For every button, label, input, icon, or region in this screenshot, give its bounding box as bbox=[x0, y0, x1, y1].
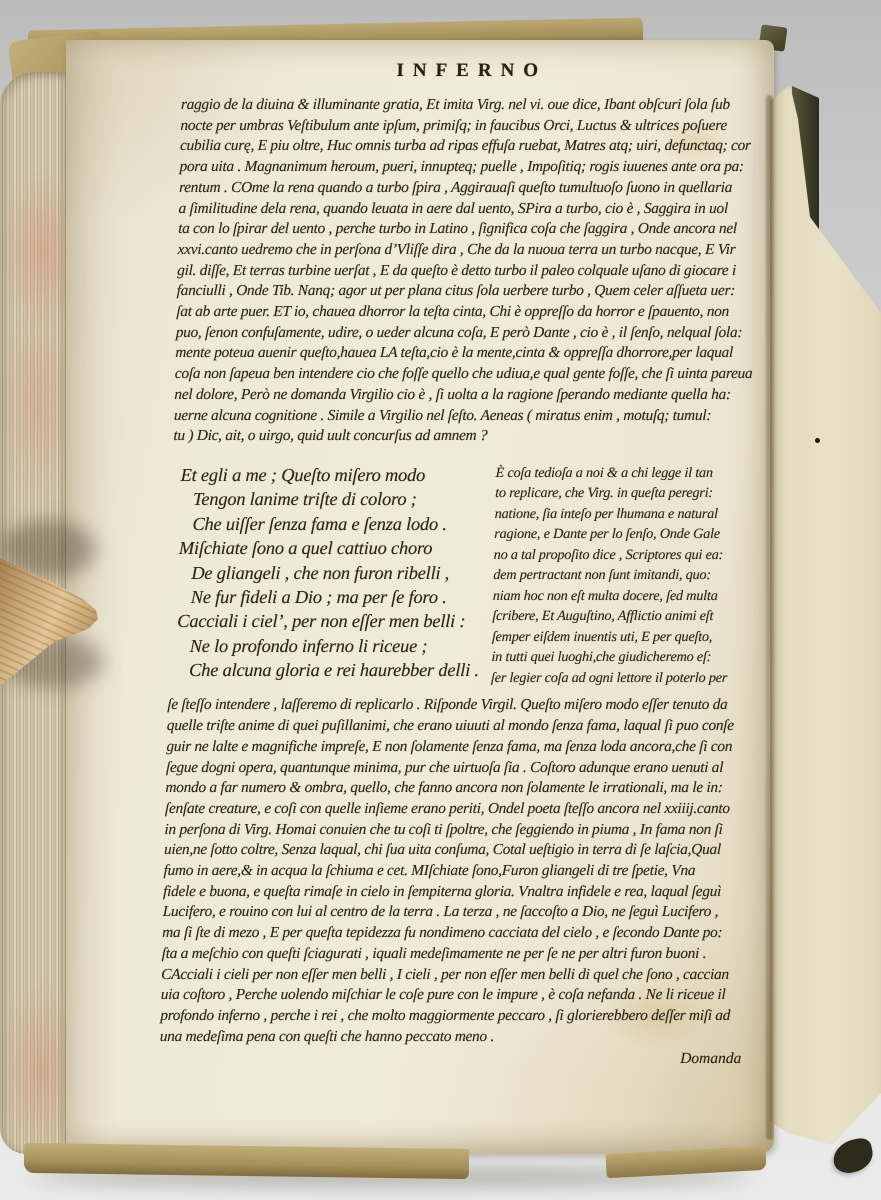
gloss-line: no a tal propoſito dice , Scriptores qui… bbox=[494, 545, 799, 566]
text-line: gil. diſſe, Et terras turbine uerſat , E… bbox=[177, 261, 773, 282]
text-line: ſta a meſchio con queſti ſciagurati , iq… bbox=[161, 944, 757, 965]
verse-line: Ne lo profondo inferno li riceue ; bbox=[176, 634, 492, 658]
gloss-line: ſcribere, Et Auguſtino, Afflictio animi … bbox=[492, 606, 797, 627]
printed-text-area: INFERNO raggio de la diuina & illuminant… bbox=[97, 60, 778, 1070]
commentary-gloss-column: È coſa tedioſa a noi & a chi legge il ta… bbox=[491, 463, 801, 689]
text-line: profondo inferno , perche i rei , che mo… bbox=[160, 1006, 756, 1027]
verse-and-gloss-row: Et egli a me ; Queſto miſero modo Tengon… bbox=[106, 463, 769, 689]
text-line: Lucifero, e rouino con lui al centro de … bbox=[162, 902, 758, 923]
text-line: mente poteua auenir queſto,hauea LA teſt… bbox=[175, 343, 771, 364]
dante-verse-column: Et egli a me ; Queſto miſero modo Tengon… bbox=[168, 463, 496, 689]
text-line: coſa non ſapeua ben intendere cio che fo… bbox=[175, 364, 771, 385]
text-line: ſegue dogni opera, quantunque minima, pu… bbox=[166, 758, 762, 779]
text-line: guir ne lalte e magnifiche impreſe, E no… bbox=[166, 737, 762, 758]
text-line: pora uita . Magnanimum heroum, pueri, in… bbox=[179, 157, 775, 178]
gloss-line: dem pertractant non ſunt imitandi, quo: bbox=[493, 565, 798, 586]
verse-line: Che uiſſer ſenza fama e ſenza lodo . bbox=[179, 512, 495, 536]
text-line: fidele e buona, e queſta rimaſe in cielo… bbox=[163, 882, 759, 903]
gloss-line: ſemper eiſdem inuentis uti, E per queſto… bbox=[492, 627, 797, 648]
text-line: mondo a far numero & ombra, quello, che … bbox=[165, 778, 761, 799]
book-photograph: { "photo": { "backdrop_color": "#c9c9c9"… bbox=[0, 0, 881, 1200]
verse-line: Ne fur fideli a Dio ; ma per ſe foro . bbox=[178, 585, 494, 609]
running-title: INFERNO bbox=[119, 60, 778, 90]
text-line: in perſona di Virg. Homai conuien che tu… bbox=[164, 820, 760, 841]
gloss-line: ſer legier coſa ad ogni lettore il poter… bbox=[491, 668, 796, 689]
text-line: ſat ab arte puer. ET io, chauea dhorror … bbox=[176, 302, 772, 323]
text-line: CAcciali i cieli per non eſſer men belli… bbox=[161, 965, 757, 986]
text-line: ma ſi ſte di mezo , E per queſta tepidez… bbox=[162, 923, 758, 944]
text-line: ſenſate creature, e coſi con quelle inſi… bbox=[165, 799, 761, 820]
commentary-bottom-block: ſe ſteſſo intendere , laſſeremo di repli… bbox=[98, 695, 764, 1047]
verse-line: De gliangeli , che non furon ribelli , bbox=[178, 561, 494, 585]
worn-cover-corner bbox=[830, 1136, 876, 1176]
gloss-line: in tutti quei luoghi,che giudicheremo eſ… bbox=[491, 647, 796, 668]
verse-line: Che alcuna gloria e rei haurebber delli … bbox=[176, 658, 492, 682]
gloss-line: to replicare, che Virg. in queſta peregr… bbox=[495, 483, 800, 504]
gloss-line: ragione, e Dante per lo ſenſo, Onde Gale bbox=[494, 524, 799, 545]
text-line: ſe ſteſſo intendere , laſſeremo di repli… bbox=[167, 695, 763, 716]
text-line: quelle triſte anime di quei puſillanimi,… bbox=[167, 716, 763, 737]
text-line: uerne alcuna cognitione . Simile a Virgi… bbox=[174, 406, 770, 427]
text-line: fanciulli , Onde Tib. Nanq; agor ut per … bbox=[177, 281, 773, 302]
text-line: fumo in aere,& in acqua la ſchiuma e cet… bbox=[163, 861, 759, 882]
text-line: nel dolore, Però ne domanda Virgilio cio… bbox=[174, 385, 770, 406]
text-line: raggio de la diuina & illuminante gratia… bbox=[181, 95, 777, 116]
gloss-line: niam hoc non eſt multa docere, ſed multa bbox=[493, 586, 798, 607]
ink-speck bbox=[815, 438, 820, 443]
gloss-line: natione, ſia inteſo per lhumana e natura… bbox=[494, 504, 799, 525]
verse-line: Et egli a me ; Queſto miſero modo bbox=[180, 463, 496, 487]
text-line: a ſimilitudine dela rena, quando leuata … bbox=[178, 199, 774, 220]
catchword: Domanda bbox=[97, 1048, 755, 1070]
gloss-line: È coſa tedioſa a noi & a chi legge il ta… bbox=[495, 463, 800, 484]
text-line: uien,ne ſotto coltre, Senza laqual, chi … bbox=[164, 840, 760, 861]
text-line: xxvi.canto uedremo che in perſona d’Vliſ… bbox=[177, 240, 773, 261]
verse-line: Miſchiate ſono a quel cattiuo choro bbox=[179, 536, 495, 560]
text-line: una medeſima pena con queſti che hanno p… bbox=[160, 1027, 756, 1048]
text-line: ta con lo ſpirar del uento , perche turb… bbox=[178, 219, 774, 240]
verse-line: Tengon lanime triſte di coloro ; bbox=[180, 487, 496, 511]
text-line: rentum . COme la rena quando a turbo ſpi… bbox=[179, 178, 775, 199]
text-line: nocte per umbras Veſtibulum ante ipſum, … bbox=[180, 116, 776, 137]
text-line: puo, ſenon confuſamente, udire, o ueder … bbox=[176, 323, 772, 344]
text-line: cubilia curę, E piu oltre, Huc omnis tur… bbox=[180, 136, 776, 157]
verse-line: Cacciali i ciel’, per non eſſer men bell… bbox=[177, 609, 493, 633]
bottom-binding-edge bbox=[24, 1143, 469, 1179]
text-line: tu ) Dic, ait, o uirgo, quid uult concur… bbox=[173, 426, 769, 447]
text-line: uia coſtoro , Perche uolendo miſchiar le… bbox=[161, 985, 757, 1006]
commentary-top-block: raggio de la diuina & illuminante gratia… bbox=[111, 95, 777, 447]
